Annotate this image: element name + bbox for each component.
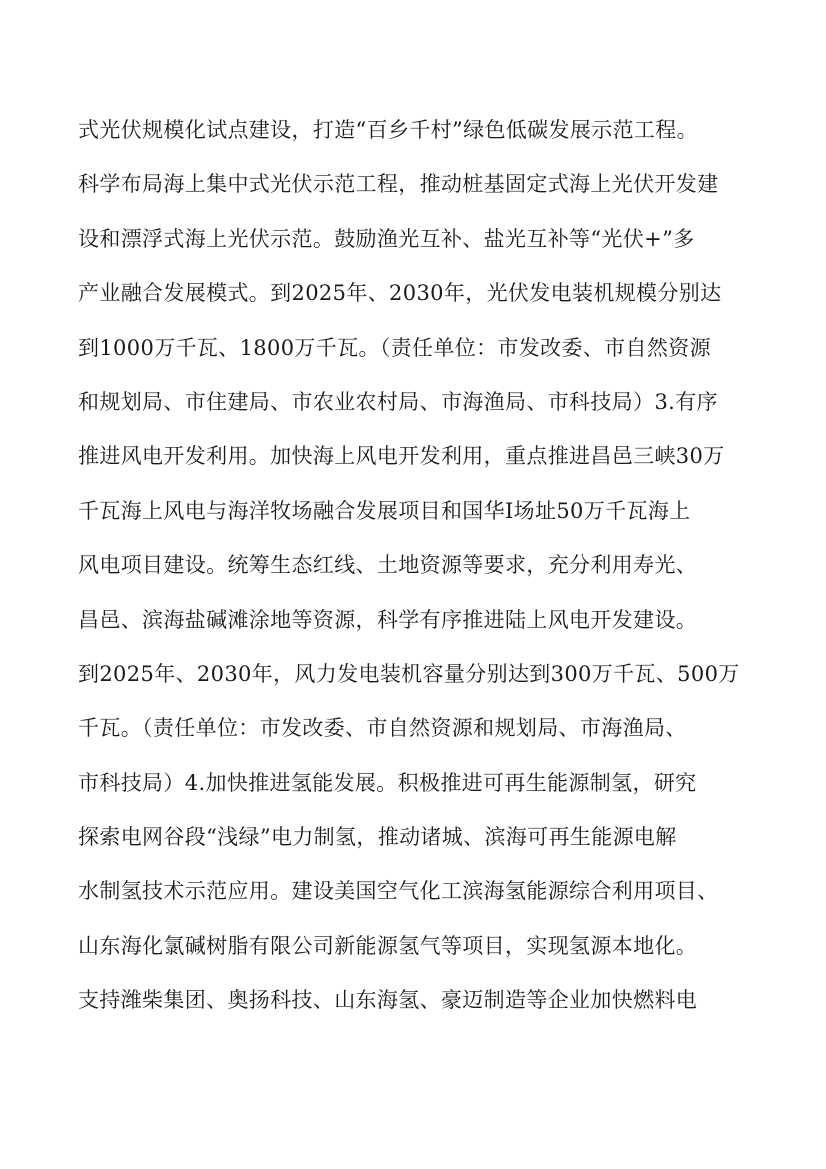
text-line-10: 昌邑、滨海盐碱滩涂地等资源，科学有序推进陆上风电开发建设。 <box>78 593 758 647</box>
text-line-1: 式光伏规模化试点建设，打造“百乡千村”绿色低碳发展示范工程。 <box>78 103 758 157</box>
text-line-6: 和规划局、市住建局、市农业农村局、市海渔局、市科技局）3.有序 <box>78 375 758 429</box>
text-line-8: 千瓦海上风电与海洋牧场融合发展项目和国华Ⅰ场址50万千瓦海上 <box>78 484 758 538</box>
text-line-2: 科学布局海上集中式光伏示范工程，推动桩基固定式海上光伏开发建 <box>78 157 758 211</box>
text-line-4: 产业融合发展模式。到2025年、2030年，光伏发电装机规模分别达 <box>78 266 758 320</box>
text-line-3: 设和漂浮式海上光伏示范。鼓励渔光互补、盐光互补等“光伏+”多 <box>78 212 758 266</box>
body-paragraph: 式光伏规模化试点建设，打造“百乡千村”绿色低碳发展示范工程。 科学布局海上集中式… <box>78 103 758 1028</box>
text-line-5: 到1000万千瓦、1800万千瓦。（责任单位：市发改委、市自然资源 <box>78 321 758 375</box>
text-line-13: 市科技局）4.加快推进氢能发展。积极推进可再生能源制氢，研究 <box>78 756 758 810</box>
text-line-15: 水制氢技术示范应用。建设美国空气化工滨海氢能源综合利用项目、 <box>78 864 758 918</box>
text-line-9: 风电项目建设。统筹生态红线、土地资源等要求，充分利用寿光、 <box>78 538 758 592</box>
text-line-11: 到2025年、2030年，风力发电装机容量分别达到300万千瓦、500万 <box>78 647 758 701</box>
text-line-14: 探索电网谷段“浅绿”电力制氢，推动诸城、滨海可再生能源电解 <box>78 810 758 864</box>
text-line-16: 山东海化氯碱树脂有限公司新能源氢气等项目，实现氢源本地化。 <box>78 919 758 973</box>
document-page: 式光伏规模化试点建设，打造“百乡千村”绿色低碳发展示范工程。 科学布局海上集中式… <box>0 0 826 1169</box>
text-line-17: 支持潍柴集团、奥扬科技、山东海氢、豪迈制造等企业加快燃料电 <box>78 973 758 1027</box>
text-line-12: 千瓦。（责任单位：市发改委、市自然资源和规划局、市海渔局、 <box>78 701 758 755</box>
text-line-7: 推进风电开发利用。加快海上风电开发利用，重点推进昌邑三峡30万 <box>78 429 758 483</box>
